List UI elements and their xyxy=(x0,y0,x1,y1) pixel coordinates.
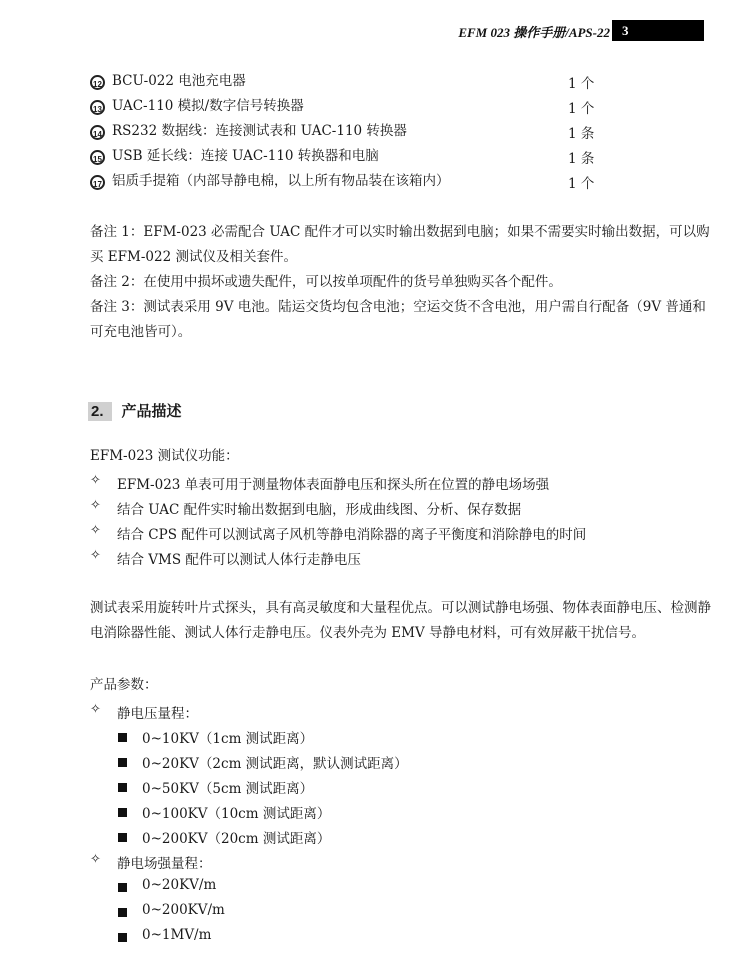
circled-number-icon: 13 xyxy=(90,100,105,115)
diamond-bullet-icon: ✧ xyxy=(90,702,101,717)
list-item: 13UAC-110 模拟/数字信号转换器 xyxy=(90,97,304,115)
square-bullet-icon xyxy=(118,908,127,917)
item-text: 铝质手提箱（内部导静电棉，以上所有物品装在该箱内） xyxy=(112,173,450,189)
voltage-range: 0~100KV（10cm 测试距离） xyxy=(142,802,330,822)
square-bullet-icon xyxy=(118,733,127,742)
voltage-range: 0~20KV（2cm 测试距离，默认测试距离） xyxy=(142,752,408,772)
item-qty: 1 条 xyxy=(568,122,594,142)
note-3: 备注 3：测试表采用 9V 电池。陆运交货均包含电池；空运交货不含电池，用户需自… xyxy=(90,295,715,345)
params-heading: 产品参数： xyxy=(90,673,720,698)
function-item: EFM-023 单表可用于测量物体表面静电压和探头所在位置的静电场场强 xyxy=(117,473,549,493)
field-range: 0~20KV/m xyxy=(142,877,216,893)
circled-number-icon: 12 xyxy=(90,75,105,90)
item-qty: 1 条 xyxy=(568,147,594,167)
field-range: 0~200KV/m xyxy=(142,902,225,918)
page-header: EFM 023 操作手册/APS-22 3 xyxy=(0,20,750,42)
diamond-bullet-icon: ✧ xyxy=(90,548,101,563)
voltage-range: 0~50KV（5cm 测试距离） xyxy=(142,777,313,797)
description-paragraph: 测试表采用旋转叶片式探头，具有高灵敏度和大量程优点。可以测试静电场强、物体表面静… xyxy=(90,596,720,646)
square-bullet-icon xyxy=(118,833,127,842)
item-text: USB 延长线：连接 UAC-110 转换器和电脑 xyxy=(112,148,379,164)
function-item: 结合 UAC 配件实时输出数据到电脑，形成曲线图、分析、保存数据 xyxy=(117,498,521,518)
diamond-bullet-icon: ✧ xyxy=(90,498,101,513)
item-text: BCU-022 电池充电器 xyxy=(112,73,246,89)
item-qty: 1 个 xyxy=(568,172,594,192)
circled-number-icon: 17 xyxy=(90,175,105,190)
field-range: 0~1MV/m xyxy=(142,927,211,943)
function-item: 结合 VMS 配件可以测试人体行走静电压 xyxy=(117,548,361,568)
item-qty: 1 个 xyxy=(568,97,594,117)
list-item: 12BCU-022 电池充电器 xyxy=(90,72,246,90)
section-title: 产品描述 xyxy=(122,402,182,420)
square-bullet-icon xyxy=(118,883,127,892)
diamond-bullet-icon: ✧ xyxy=(90,473,101,488)
section-number: 2. xyxy=(88,402,112,421)
manual-title: EFM 023 操作手册/APS-22 xyxy=(458,22,610,41)
item-text: RS232 数据线：连接测试表和 UAC-110 转换器 xyxy=(112,123,407,139)
section-heading: 2.产品描述 xyxy=(88,400,182,421)
circled-number-icon: 15 xyxy=(90,150,105,165)
square-bullet-icon xyxy=(118,783,127,792)
function-item: 结合 CPS 配件可以测试离子风机等静电消除器的离子平衡度和消除静电的时间 xyxy=(117,523,586,543)
diamond-bullet-icon: ✧ xyxy=(90,852,101,867)
list-item: 14RS232 数据线：连接测试表和 UAC-110 转换器 xyxy=(90,122,407,140)
voltage-range-label: 静电压量程： xyxy=(117,702,198,722)
functions-heading: EFM-023 测试仪功能： xyxy=(90,444,720,469)
note-1: 备注 1：EFM-023 必需配合 UAC 配件才可以实时输出数据到电脑；如果不… xyxy=(90,220,715,270)
list-item: 17铝质手提箱（内部导静电棉，以上所有物品装在该箱内） xyxy=(90,172,450,190)
voltage-range: 0~10KV（1cm 测试距离） xyxy=(142,727,313,747)
diamond-bullet-icon: ✧ xyxy=(90,523,101,538)
list-item: 15USB 延长线：连接 UAC-110 转换器和电脑 xyxy=(90,147,379,165)
circled-number-icon: 14 xyxy=(90,125,105,140)
square-bullet-icon xyxy=(118,933,127,942)
item-qty: 1 个 xyxy=(568,72,594,92)
page-number: 3 xyxy=(612,20,704,41)
square-bullet-icon xyxy=(118,808,127,817)
voltage-range: 0~200KV（20cm 测试距离） xyxy=(142,827,330,847)
square-bullet-icon xyxy=(118,758,127,767)
item-text: UAC-110 模拟/数字信号转换器 xyxy=(112,98,304,114)
field-range-label: 静电场强量程： xyxy=(117,852,212,872)
note-2: 备注 2：在使用中损坏或遗失配件，可以按单项配件的货号单独购买各个配件。 xyxy=(90,270,715,295)
